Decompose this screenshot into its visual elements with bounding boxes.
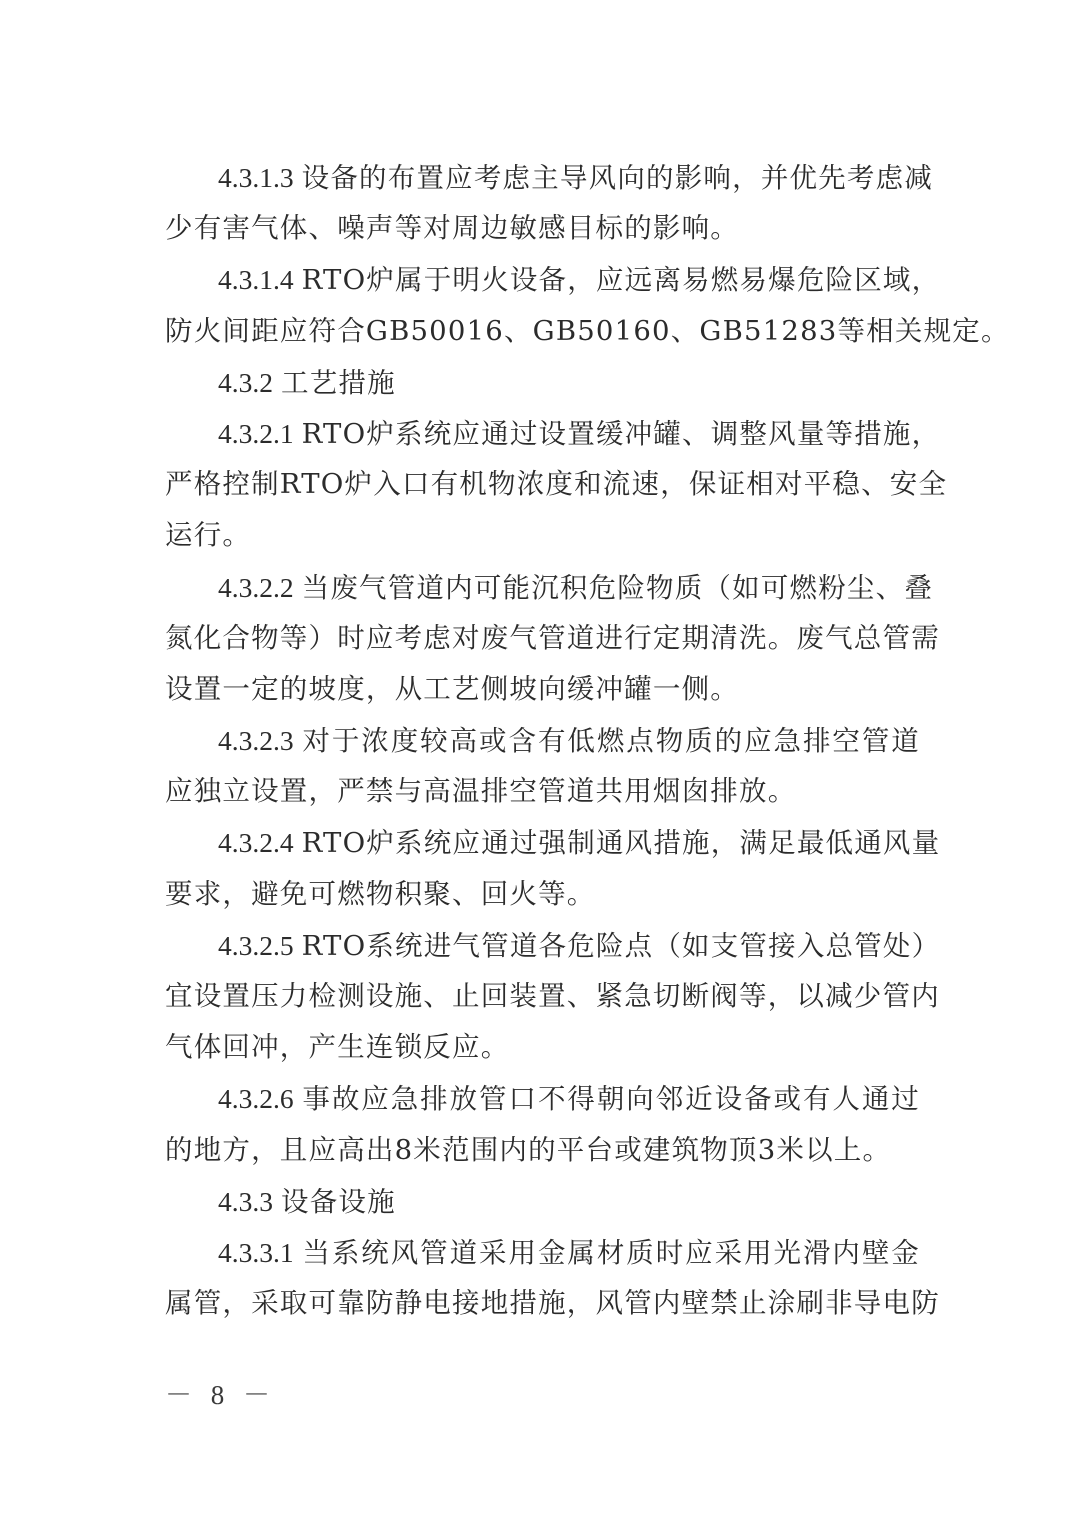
- text-line: 4.3.2.4RTO炉系统应通过强制通风措施，满足最低通风量: [165, 817, 920, 868]
- line-text: 属管，采取可靠防静电接地措施，风管内壁禁止涂刷非导电防: [165, 1287, 940, 1319]
- clause-number: 4.3.1.3: [218, 162, 294, 193]
- text-line: 少有害气体、噪声等对周边敏感目标的影响。: [165, 203, 920, 254]
- clause-number: 4.3.2.2: [218, 572, 294, 603]
- line-text: 氮化合物等）时应考虑对废气管道进行定期清洗。废气总管需: [165, 622, 940, 654]
- text-line: 4.3.1.4RTO炉属于明火设备，应远离易燃易爆危险区域，: [165, 254, 920, 305]
- text-line: 宜设置压力检测设施、止回装置、紧急切断阀等，以减少管内: [165, 971, 920, 1022]
- text-line: 4.3.2.2当废气管道内可能沉积危险物质（如可燃粉尘、叠: [165, 562, 920, 613]
- text-line: 运行。: [165, 510, 920, 561]
- text-line: 严格控制RTO炉入口有机物浓度和流速，保证相对平稳、安全: [165, 459, 920, 510]
- text-line: 的地方，且应高出8米范围内的平台或建筑物顶3米以上。: [165, 1125, 920, 1176]
- page-number: － 8 －: [165, 1373, 276, 1412]
- line-text: 防火间距应符合GB50016、GB50160、GB51283等相关规定。: [165, 315, 1010, 347]
- clause-number: 4.3.2: [218, 367, 273, 398]
- text-line: 设置一定的坡度，从工艺侧坡向缓冲罐一侧。: [165, 664, 920, 715]
- section-heading: 4.3.3设备设施: [165, 1176, 920, 1227]
- text-line: 4.3.2.1RTO炉系统应通过设置缓冲罐、调整风量等措施，: [165, 408, 920, 459]
- line-text: RTO炉系统应通过强制通风措施，满足最低通风量: [302, 827, 941, 859]
- line-text: 对于浓度较高或含有低燃点物质的应急排空管道: [302, 725, 920, 757]
- heading-text: 设备设施: [281, 1186, 396, 1218]
- text-line: 气体回冲，产生连锁反应。: [165, 1022, 920, 1073]
- heading-text: 工艺措施: [281, 367, 396, 399]
- text-line: 4.3.1.3设备的布置应考虑主导风向的影响，并优先考虑减: [165, 152, 920, 203]
- clause-number: 4.3.2.6: [218, 1083, 294, 1114]
- text-line: 4.3.2.3对于浓度较高或含有低燃点物质的应急排空管道: [165, 715, 920, 766]
- line-text: 少有害气体、噪声等对周边敏感目标的影响。: [165, 212, 739, 244]
- text-line: 防火间距应符合GB50016、GB50160、GB51283等相关规定。: [165, 306, 920, 357]
- line-text: RTO炉系统应通过设置缓冲罐、调整风量等措施，: [302, 418, 941, 450]
- line-text: 的地方，且应高出8米范围内的平台或建筑物顶3米以上。: [165, 1134, 891, 1166]
- text-line: 4.3.3.1当系统风管道采用金属材质时应采用光滑内壁金: [165, 1227, 920, 1278]
- line-text: 设置一定的坡度，从工艺侧坡向缓冲罐一侧。: [165, 673, 739, 705]
- clause-number: 4.3.3.1: [218, 1237, 294, 1268]
- line-text: 严格控制RTO炉入口有机物浓度和流速，保证相对平稳、安全: [165, 468, 947, 500]
- document-page: 4.3.1.3设备的布置应考虑主导风向的影响，并优先考虑减 少有害气体、噪声等对…: [0, 0, 1080, 1526]
- line-text: 气体回冲，产生连锁反应。: [165, 1031, 509, 1063]
- text-line: 要求，避免可燃物积聚、回火等。: [165, 869, 920, 920]
- document-body: 4.3.1.3设备的布置应考虑主导风向的影响，并优先考虑减 少有害气体、噪声等对…: [165, 152, 920, 1329]
- section-heading: 4.3.2工艺措施: [165, 357, 920, 408]
- clause-number: 4.3.2.5: [218, 930, 294, 961]
- text-line: 氮化合物等）时应考虑对废气管道进行定期清洗。废气总管需: [165, 613, 920, 664]
- line-text: 设备的布置应考虑主导风向的影响，并优先考虑减: [302, 162, 933, 194]
- line-text: RTO系统进气管道各危险点（如支管接入总管处）: [302, 930, 941, 962]
- line-text: RTO炉属于明火设备，应远离易燃易爆危险区域，: [302, 264, 941, 296]
- clause-number: 4.3.1.4: [218, 264, 294, 295]
- clause-number: 4.3.2.3: [218, 725, 294, 756]
- text-line: 应独立设置，严禁与高温排空管道共用烟囱排放。: [165, 766, 920, 817]
- line-text: 当废气管道内可能沉积危险物质（如可燃粉尘、叠: [302, 572, 933, 604]
- clause-number: 4.3.2.1: [218, 418, 294, 449]
- text-line: 4.3.2.5RTO系统进气管道各危险点（如支管接入总管处）: [165, 920, 920, 971]
- line-text: 事故应急排放管口不得朝向邻近设备或有人通过: [302, 1083, 920, 1115]
- line-text: 当系统风管道采用金属材质时应采用光滑内壁金: [302, 1237, 920, 1269]
- text-line: 4.3.2.6事故应急排放管口不得朝向邻近设备或有人通过: [165, 1073, 920, 1124]
- text-line: 属管，采取可靠防静电接地措施，风管内壁禁止涂刷非导电防: [165, 1278, 920, 1329]
- line-text: 宜设置压力检测设施、止回装置、紧急切断阀等，以减少管内: [165, 980, 940, 1012]
- line-text: 应独立设置，严禁与高温排空管道共用烟囱排放。: [165, 775, 796, 807]
- clause-number: 4.3.3: [218, 1186, 273, 1217]
- line-text: 要求，避免可燃物积聚、回火等。: [165, 878, 596, 910]
- line-text: 运行。: [165, 519, 251, 551]
- clause-number: 4.3.2.4: [218, 827, 294, 858]
